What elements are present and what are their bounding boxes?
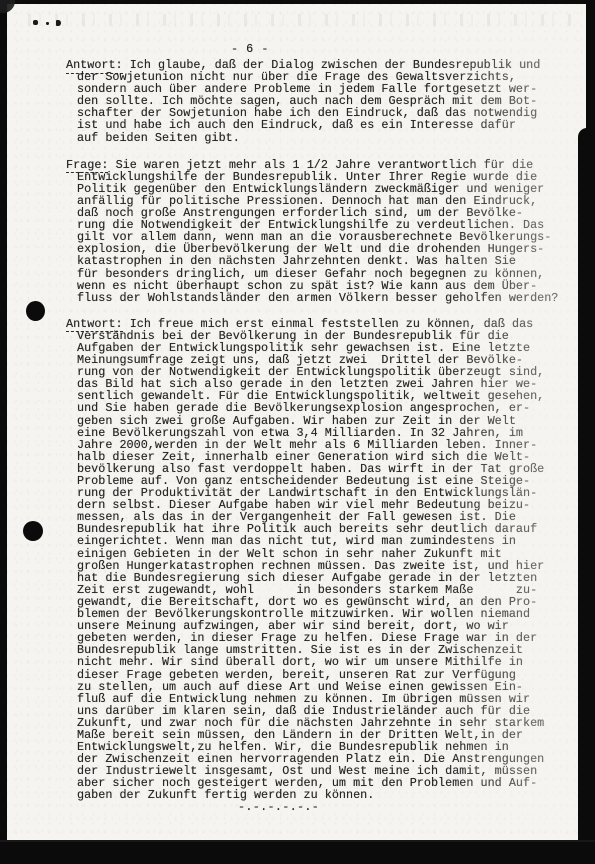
scan-speckle — [33, 20, 38, 25]
scan-border-right-upper — [586, 0, 595, 135]
paragraph-text: Ich glaube, daß der Dialog zwischen der … — [77, 58, 540, 145]
hole-punch-mark — [23, 521, 43, 541]
paragraph-answer-1: Antwort: Ich glaube, daß der Dialog zwis… — [66, 59, 566, 144]
page-number: - 6 - — [231, 42, 269, 56]
hole-punch-mark — [26, 301, 45, 321]
scan-border-top — [0, 0, 589, 4]
scan-corner-mark — [0, 0, 15, 13]
scan-noise-strip — [28, 14, 573, 26]
end-separator: -.-.-.-.-.- — [238, 800, 319, 814]
scan-border-right — [578, 128, 595, 864]
paragraph-question: Frage: Sie waren jetzt mehr als 1 1/2 Ja… — [66, 159, 566, 304]
paragraph-text: Sie waren jetzt mehr als 1 1/2 Jahre ver… — [77, 158, 558, 305]
scan-speckle — [56, 20, 61, 26]
scan-speckle — [46, 22, 49, 25]
document-body: Antwort: Ich glaube, daß der Dialog zwis… — [66, 59, 566, 802]
scan-border-left — [0, 0, 7, 864]
scanned-document-page: { "document": { "page_number": "- 6 -", … — [0, 0, 595, 864]
paragraph-answer-2: Antwort: Ich freue mich erst einmal fest… — [66, 318, 566, 802]
paragraph-text: Ich freue mich erst einmal feststellen z… — [77, 317, 544, 803]
scan-border-bottom — [0, 840, 595, 864]
